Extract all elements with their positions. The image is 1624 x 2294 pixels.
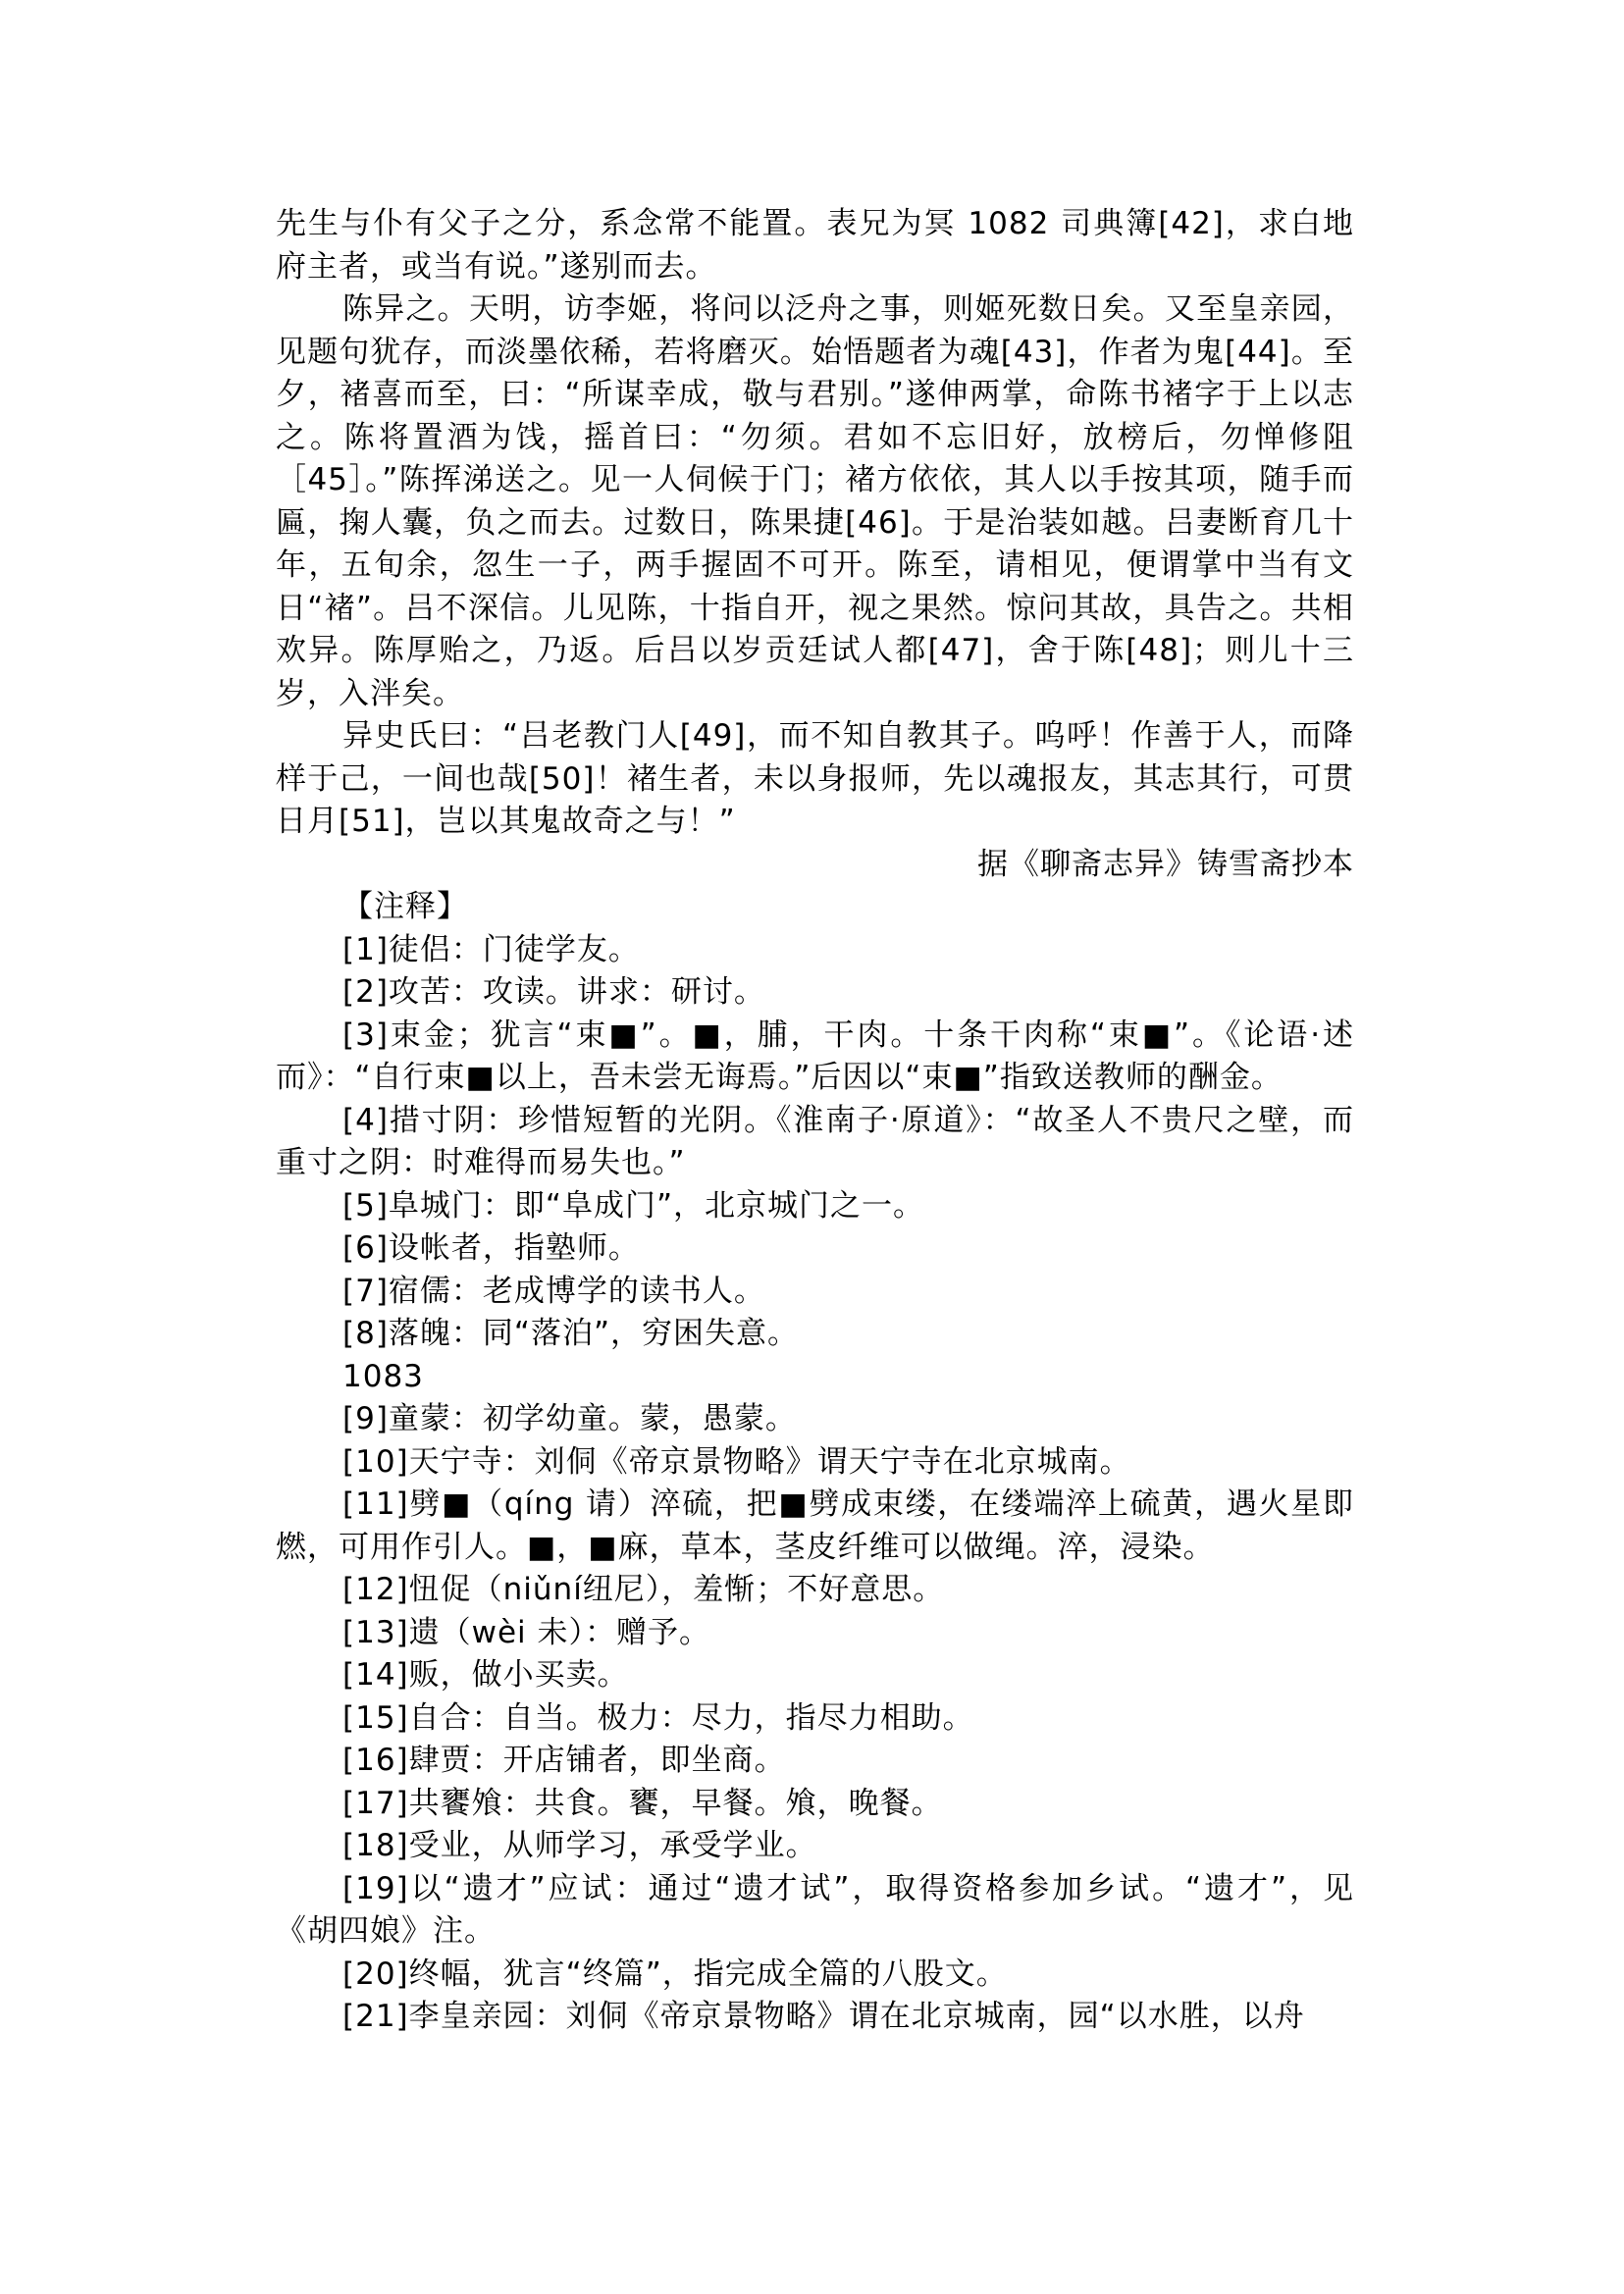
note-item: [1]徒侣：门徒学友。 bbox=[276, 929, 1354, 972]
note-item: [15]自合：自当。极力：尽力，指尽力相助。 bbox=[276, 1697, 1354, 1741]
page-number: 1083 bbox=[276, 1356, 1354, 1399]
note-item: [18]受业，从师学习，承受学业。 bbox=[276, 1825, 1354, 1868]
note-item: [16]肆贾：开店铺者，即坐商。 bbox=[276, 1740, 1354, 1783]
document-page: 先生与仆有父子之分，系念常不能置。表兄为冥 1082 司典簿[42]，求白地府主… bbox=[276, 203, 1354, 2039]
note-item: [17]共饔飧：共食。饔，早餐。飧，晚餐。 bbox=[276, 1783, 1354, 1826]
note-item: [13]遗（wèi 未）：赠予。 bbox=[276, 1612, 1354, 1655]
note-item: [5]阜城门：即“阜成门”，北京城门之一。 bbox=[276, 1185, 1354, 1228]
note-item: [11]劈■（qíng 请）淬硫，把■劈成束缕，在缕端淬上硫黄，遇火星即燃，可用… bbox=[276, 1484, 1354, 1569]
source-attribution: 据《聊斋志异》铸雪斋抄本 bbox=[276, 844, 1354, 887]
note-item: [4]措寸阴：珍惜短暂的光阴。《淮南子·原道》：“故圣人不贵尺之壁，而重寸之阴：… bbox=[276, 1100, 1354, 1185]
note-item: [20]终幅，犹言“终篇”，指完成全篇的八股文。 bbox=[276, 1954, 1354, 1997]
note-item: [21]李皇亲园：刘侗《帝京景物略》谓在北京城南，园“以水胜，以舟 bbox=[276, 1996, 1354, 2039]
note-item: [3]束金；犹言“束■”。■，脯，干肉。十条干肉称“束■”。《论语·述而》：“自… bbox=[276, 1015, 1354, 1100]
paragraph-yishishi-commentary: 异史氏曰：“吕老教门人[49]，而不知自教其子。呜呼！作善于人，而降样于己，一间… bbox=[276, 715, 1354, 844]
note-item: [19]以“遗才”应试：通过“遗才试”，取得资格参加乡试。“遗才”，见《胡四娘》… bbox=[276, 1868, 1354, 1954]
note-item: [2]攻苦：攻读。讲求：研讨。 bbox=[276, 971, 1354, 1015]
notes-heading: 【注释】 bbox=[276, 886, 1354, 929]
note-item: [8]落魄：同“落泊”，穷困失意。 bbox=[276, 1313, 1354, 1356]
paragraph-chen-yi-zhi: 陈异之。天明，访李姬，将问以泛舟之事，则姬死数日矣。又至皇亲园，见题句犹存，而淡… bbox=[276, 288, 1354, 715]
note-item: [6]设帐者，指塾师。 bbox=[276, 1227, 1354, 1271]
note-item: [7]宿儒：老成博学的读书人。 bbox=[276, 1271, 1354, 1314]
paragraph-continuation: 先生与仆有父子之分，系念常不能置。表兄为冥 1082 司典簿[42]，求白地府主… bbox=[276, 203, 1354, 288]
note-item: [9]童蒙：初学幼童。蒙，愚蒙。 bbox=[276, 1398, 1354, 1441]
note-item: [12]忸促（niǔní纽尼），羞惭；不好意思。 bbox=[276, 1569, 1354, 1612]
note-item: [10]天宁寺：刘侗《帝京景物略》谓天宁寺在北京城南。 bbox=[276, 1441, 1354, 1485]
note-item: [14]贩，做小买卖。 bbox=[276, 1654, 1354, 1697]
